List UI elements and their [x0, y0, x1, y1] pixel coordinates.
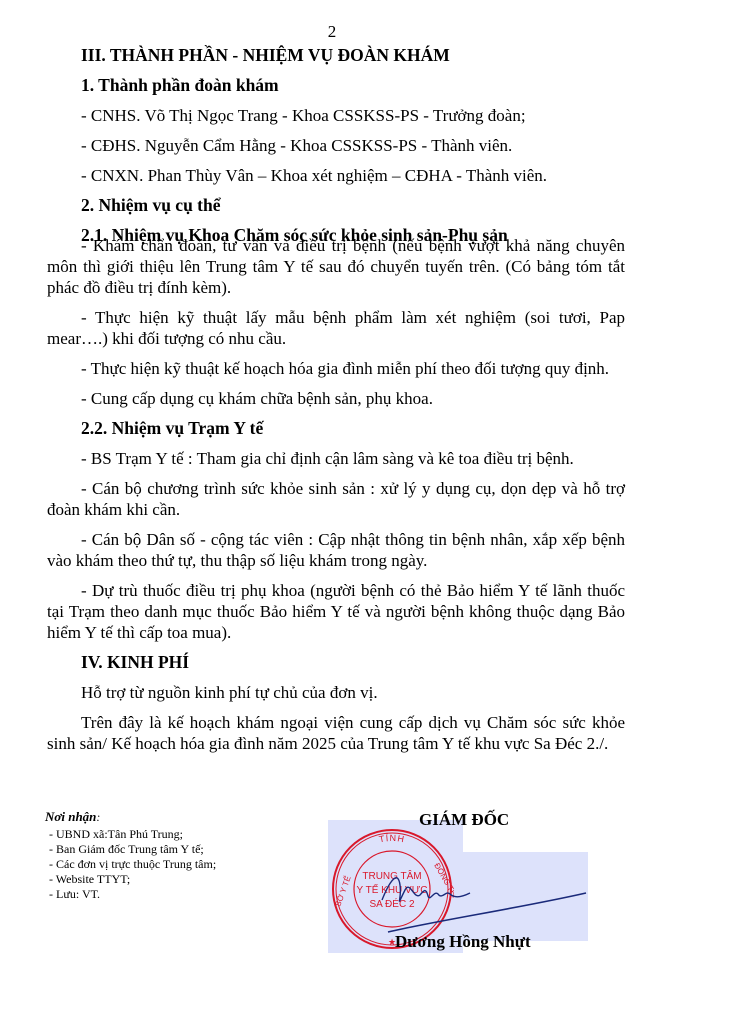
obgyn-task-item: - Thực hiện kỹ thuật kế hoạch hóa gia đì…	[47, 358, 625, 379]
member-item: - CNHS. Võ Thị Ngọc Trang - Khoa CSSKSS-…	[81, 105, 625, 126]
svg-text:TỈNH: TỈNH	[378, 832, 406, 844]
recipient-item: - Ban Giám đốc Trung tâm Y tế;	[49, 842, 216, 857]
section-4-heading: IV. KINH PHÍ	[81, 652, 625, 673]
member-item: - CĐHS. Nguyễn Cẩm Hằng - Khoa CSSKSS-PS…	[81, 135, 625, 156]
section-3: III. THÀNH PHẦN - NHIỆM VỤ ĐOÀN KHÁM 1. …	[81, 45, 625, 255]
station-task-item: - Cán bộ chương trình sức khỏe sinh sản …	[47, 478, 625, 520]
tasks-station-heading: 2.2. Nhiệm vụ Trạm Y tế	[81, 418, 625, 439]
recipient-item: - Lưu: VT.	[49, 887, 216, 902]
station-task-item: - Cán bộ Dân số - cộng tác viên : Cập nh…	[47, 529, 625, 571]
funding-paragraph: Hỗ trợ từ nguồn kinh phí tự chủ của đơn …	[47, 682, 625, 703]
obgyn-tasks: - Khám chẩn đoán, tư vấn và điều trị bện…	[47, 235, 625, 754]
composition-heading: 1. Thành phần đoàn khám	[81, 75, 625, 96]
obgyn-task-item: - Khám chẩn đoán, tư vấn và điều trị bện…	[47, 235, 625, 298]
recipient-item: - Các đơn vị trực thuộc Trung tâm;	[49, 857, 216, 872]
recipients-title: Nơi nhận	[45, 809, 96, 824]
station-task-item: - Dự trù thuốc điều trị phụ khoa (người …	[47, 580, 625, 643]
recipients-block: Nơi nhận: - UBND xã:Tân Phú Trung; - Ban…	[45, 809, 216, 902]
signature-icon	[380, 860, 590, 940]
signer-name: Dương Hồng Nhựt	[395, 932, 531, 952]
obgyn-task-item: - Thực hiện kỹ thuật lấy mẫu bệnh phẩm l…	[47, 307, 625, 349]
section-3-heading: III. THÀNH PHẦN - NHIỆM VỤ ĐOÀN KHÁM	[81, 45, 625, 66]
recipient-item: - Website TTYT;	[49, 872, 216, 887]
member-item: - CNXN. Phan Thùy Vân – Khoa xét nghiệm …	[81, 165, 625, 186]
page-number: 2	[0, 22, 664, 42]
obgyn-task-item: - Cung cấp dụng cụ khám chữa bệnh sản, p…	[47, 388, 625, 409]
tasks-heading: 2. Nhiệm vụ cụ thể	[81, 195, 625, 216]
closing-paragraph: Trên đây là kế hoạch khám ngoại viện cun…	[47, 712, 625, 754]
svg-text:SỞ Y TẾ: SỞ Y TẾ	[332, 874, 352, 907]
recipient-item: - UBND xã:Tân Phú Trung;	[49, 827, 216, 842]
recipients-list: - UBND xã:Tân Phú Trung; - Ban Giám đốc …	[45, 827, 216, 902]
station-task-item: - BS Trạm Y tế : Tham gia chỉ định cận l…	[47, 448, 625, 469]
